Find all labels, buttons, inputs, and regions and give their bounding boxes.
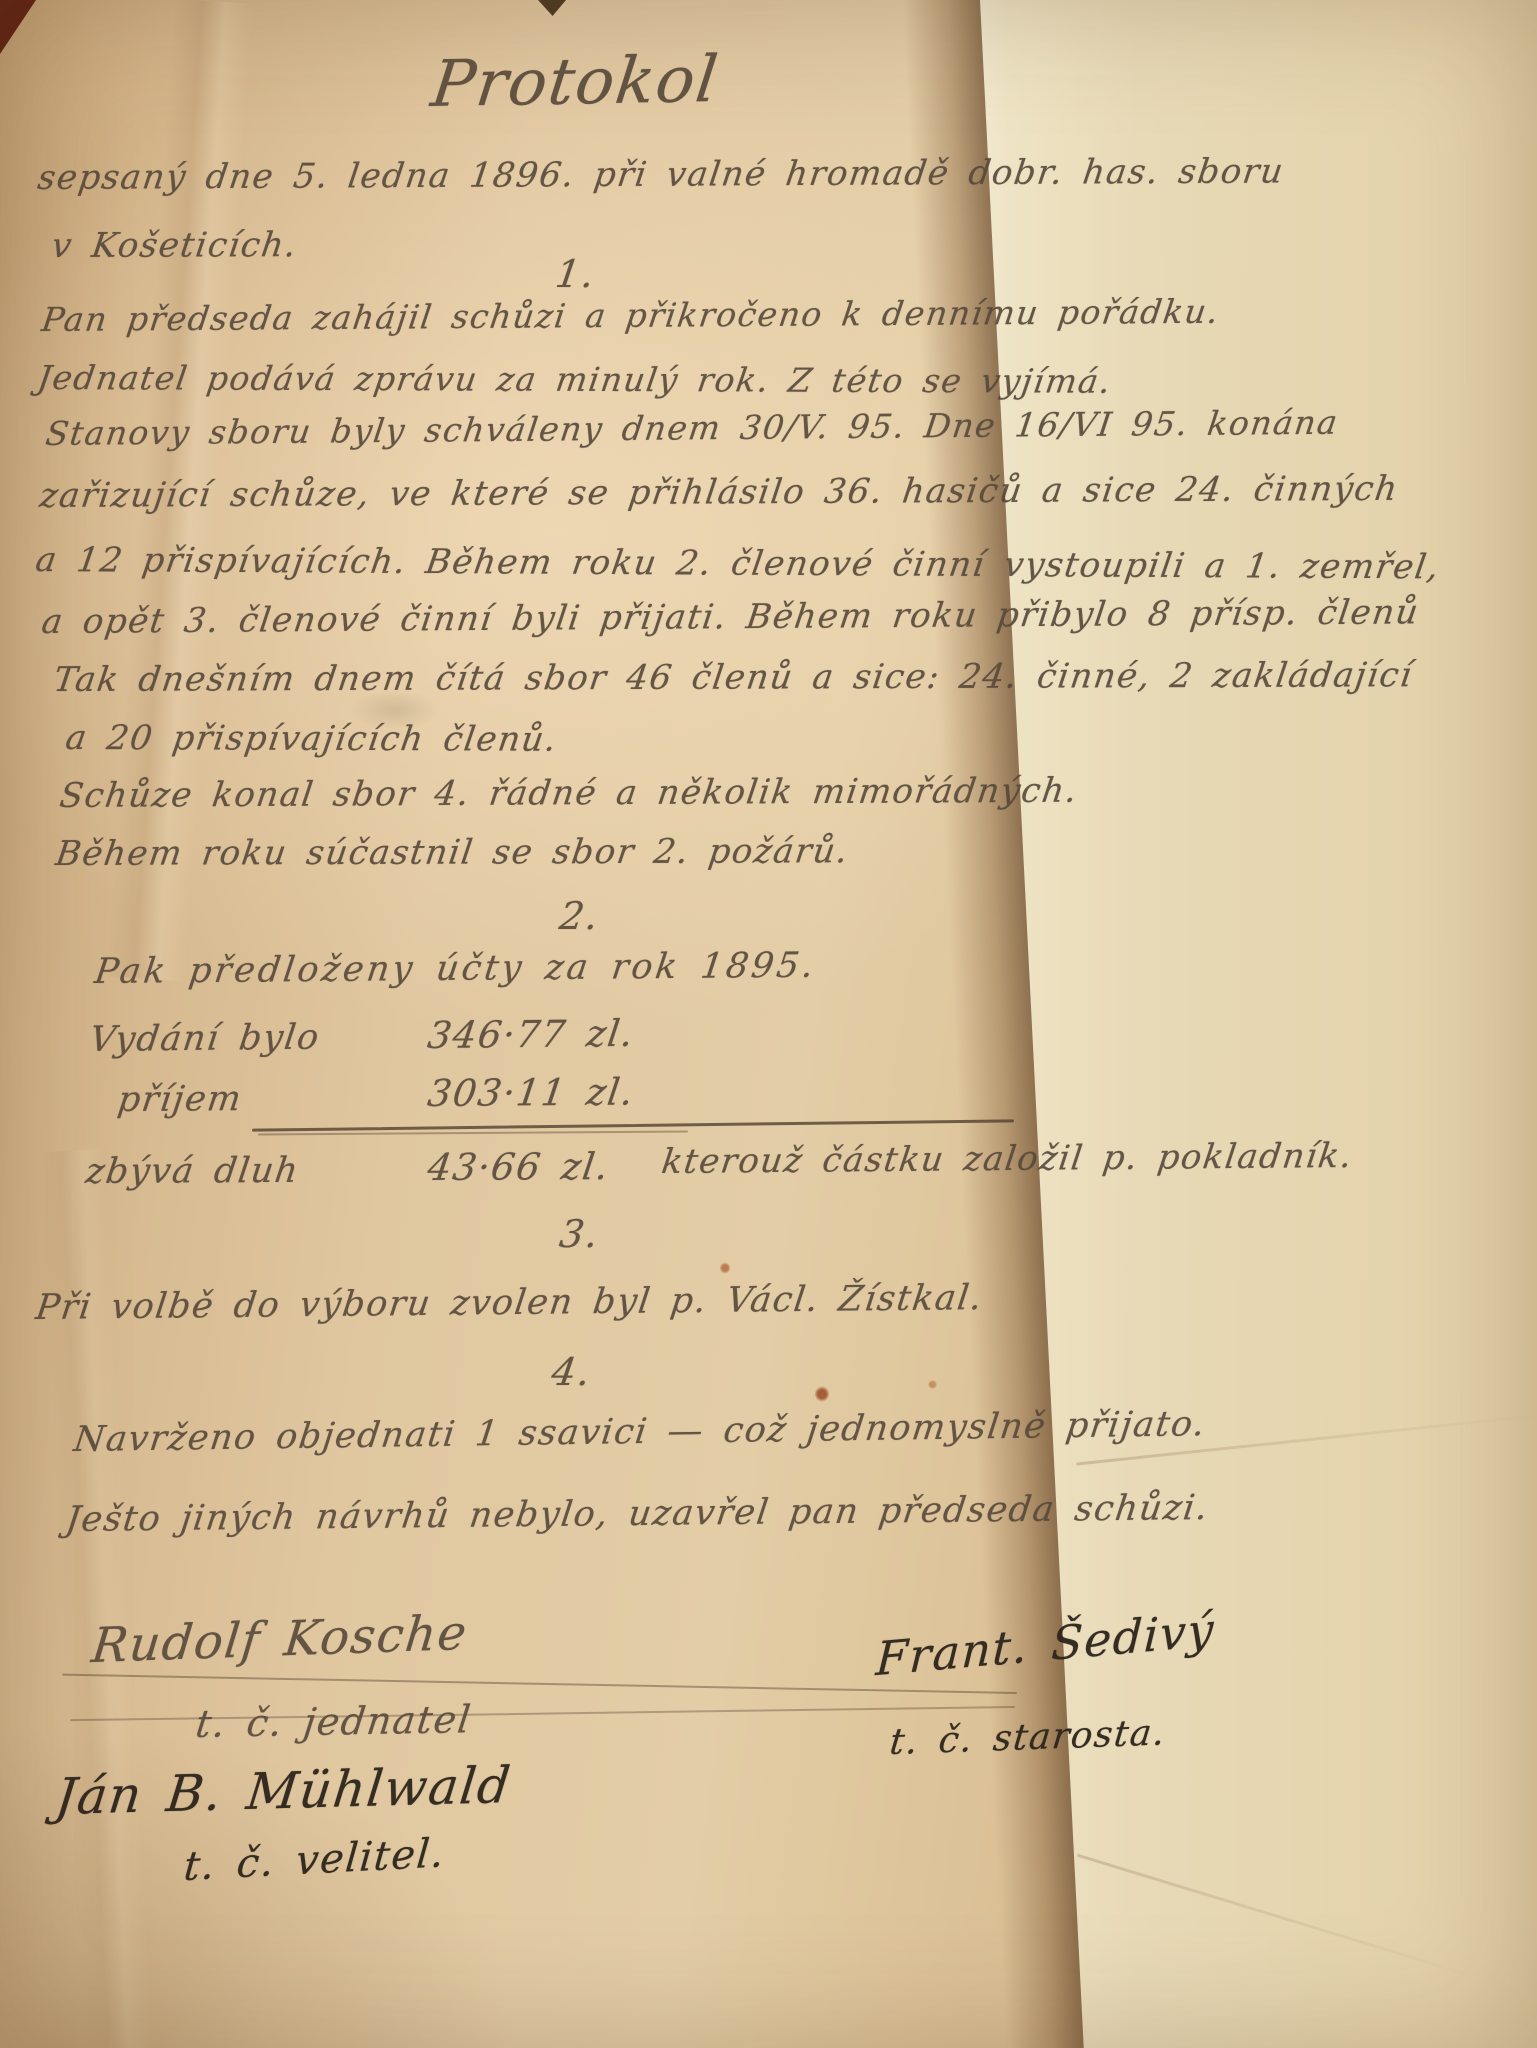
section-number-2: 2.	[557, 894, 602, 938]
account-label: zbývá dluh	[83, 1151, 301, 1192]
account-value: 303·11 zl.	[425, 1071, 637, 1115]
account-label: Vydání bylo	[87, 1018, 322, 1060]
ink-stain	[928, 1380, 937, 1389]
section-number-3: 3.	[557, 1212, 602, 1256]
protocol-line: Pan předseda zahájil schůzi a přikročeno…	[39, 292, 1222, 339]
protocol-line: a opět 3. členové činní byli přijati. Bě…	[39, 592, 1421, 642]
protocol-line: zařizující schůze, ve které se přihlásil…	[37, 469, 1401, 516]
signature-role: t. č. jednatel	[193, 1697, 474, 1746]
photo-corner-background	[0, 0, 36, 54]
signature-role: t. č. starosta.	[888, 1712, 1168, 1763]
protocol-line: a 12 přispívajících. Během roku 2. členo…	[33, 540, 1442, 587]
protocol-line: Během roku súčastnil se sbor 2. požárů.	[53, 831, 851, 874]
paper-edge-notch	[538, 0, 566, 16]
signature-name: Frant. Šedivý	[875, 1602, 1217, 1686]
signature-name: Rudolf Kosche	[89, 1605, 471, 1674]
account-value: 43·66 zl.	[425, 1145, 612, 1189]
account-value: 346·77 zl.	[425, 1012, 637, 1057]
protocol-line: Schůze konal sbor 4. řádné a několik mim…	[57, 771, 1080, 816]
protocol-line: Při volbě do výboru zvolen byl p. Václ. …	[33, 1278, 985, 1328]
protocol-line: Ješto jiných návrhů nebylo, uzavřel pan …	[63, 1488, 1211, 1540]
sum-rule-secondary	[258, 1130, 688, 1135]
account-label: příjem	[115, 1079, 244, 1120]
protocol-line: Navrženo objednati 1 ssavici — což jedno…	[71, 1404, 1208, 1460]
signature-name: Ján B. Mühlwald	[53, 1756, 515, 1826]
ink-stain	[720, 1262, 730, 1274]
ink-stain	[815, 1386, 829, 1402]
page-title: Protokol	[427, 43, 722, 122]
sum-rule	[252, 1119, 1014, 1131]
photographed-protocol-document: Protokol sepsaný dne 5. ledna 1896. při …	[0, 0, 1537, 2048]
protocol-line: Pak předloženy účty za rok 1895.	[92, 946, 818, 992]
intro-line: v Košeticích.	[49, 225, 300, 266]
section-number-4: 4.	[549, 1350, 594, 1394]
section-number-1: 1.	[553, 252, 598, 296]
intro-line: sepsaný dne 5. ledna 1896. při valné hro…	[35, 151, 1286, 198]
account-note: kterouž částku založil p. pokladník.	[659, 1136, 1355, 1182]
protocol-line: a 20 přispívajících členů.	[63, 718, 560, 760]
paper-crease	[1077, 1854, 1480, 1980]
protocol-line: Jednatel podává zprávu za minulý rok. Z …	[35, 358, 1114, 401]
signature-role: t. č. velitel.	[182, 1830, 447, 1890]
protocol-line: Tak dnešním dnem čítá sbor 46 členů a si…	[51, 655, 1415, 700]
paper-crease	[36, 1149, 153, 2048]
protocol-line: Stanovy sboru byly schváleny dnem 30/V. …	[43, 403, 1341, 453]
